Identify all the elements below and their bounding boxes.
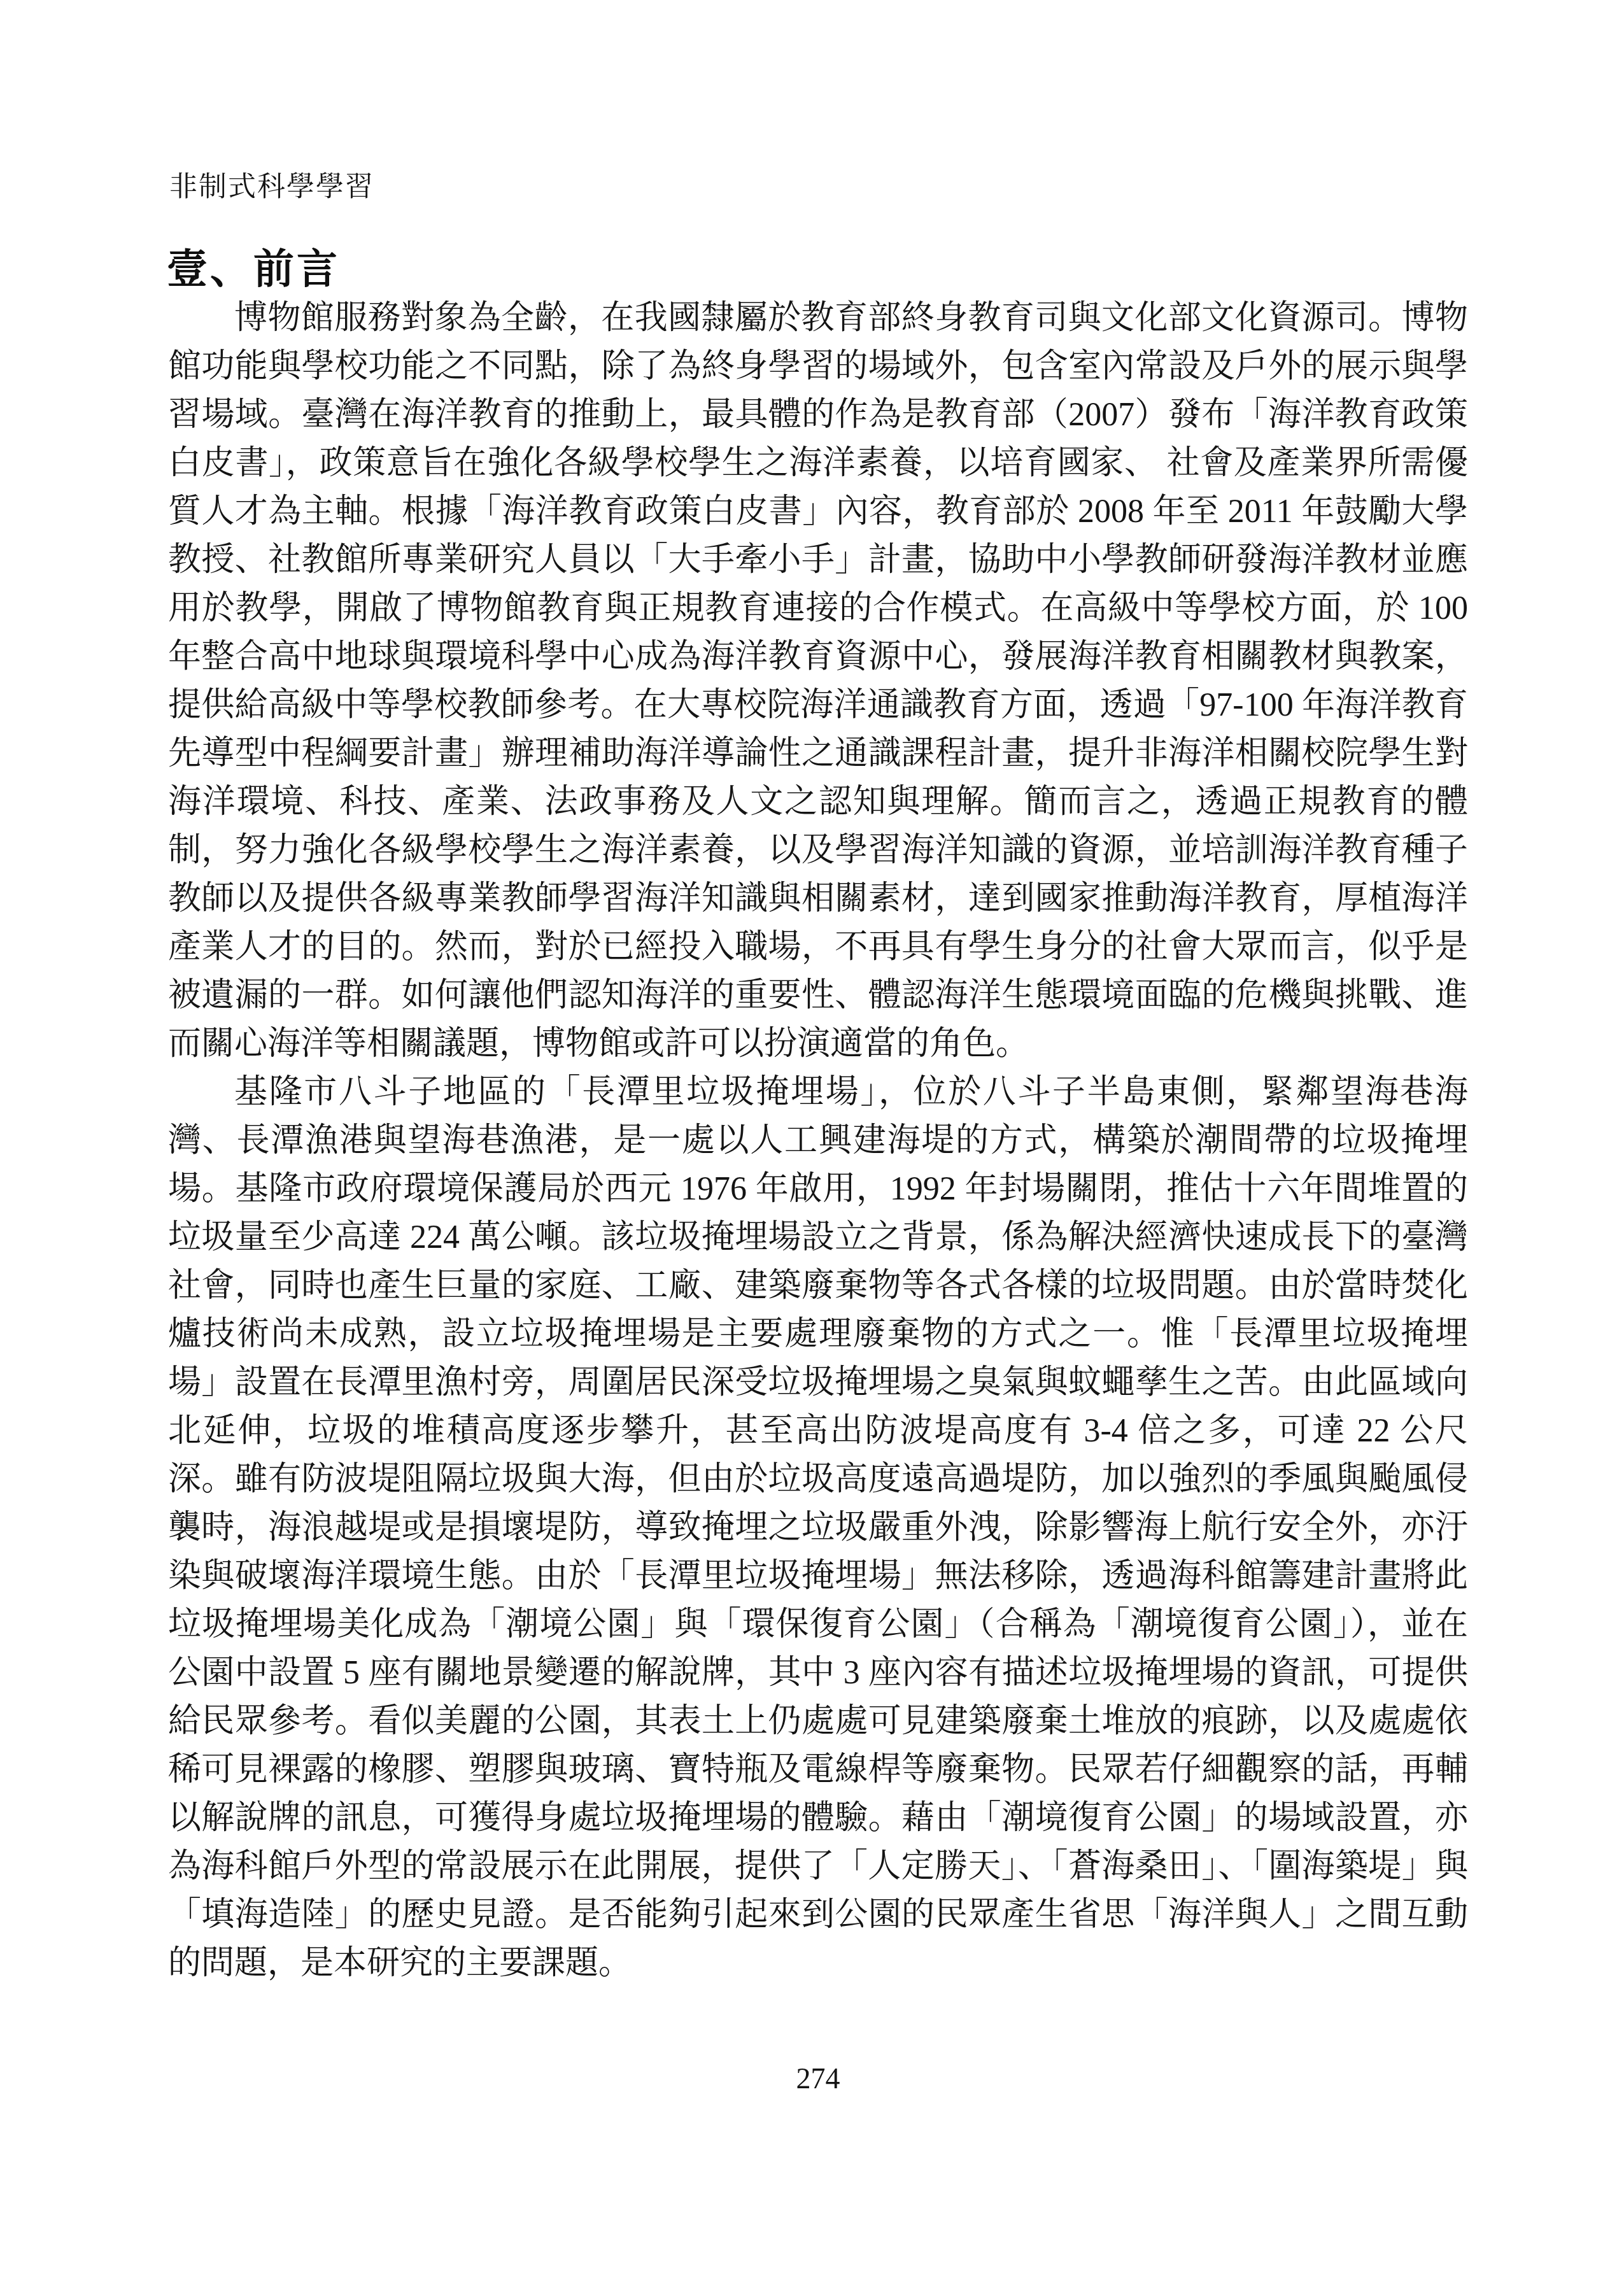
- running-header: 非制式科學學習: [169, 171, 374, 204]
- body-text: 博物館服務對象為全齡，在我國隸屬於教育部終身教育司與文化部文化資源司。博物館功能…: [168, 294, 1468, 1988]
- document-page: 非制式科學學習 壹、前言 博物館服務對象為全齡，在我國隸屬於教育部終身教育司與文…: [0, 0, 1624, 2278]
- paragraph-intro-museum: 博物館服務對象為全齡，在我國隸屬於教育部終身教育司與文化部文化資源司。博物館功能…: [168, 294, 1468, 1068]
- page-number: 274: [168, 2062, 1468, 2096]
- section-title: 壹、前言: [167, 246, 340, 293]
- paragraph-landfill-park: 基隆市八斗子地區的「長潭里垃圾掩埋場」，位於八斗子半島東側，緊鄰望海巷海灣、長潭…: [168, 1068, 1468, 1988]
